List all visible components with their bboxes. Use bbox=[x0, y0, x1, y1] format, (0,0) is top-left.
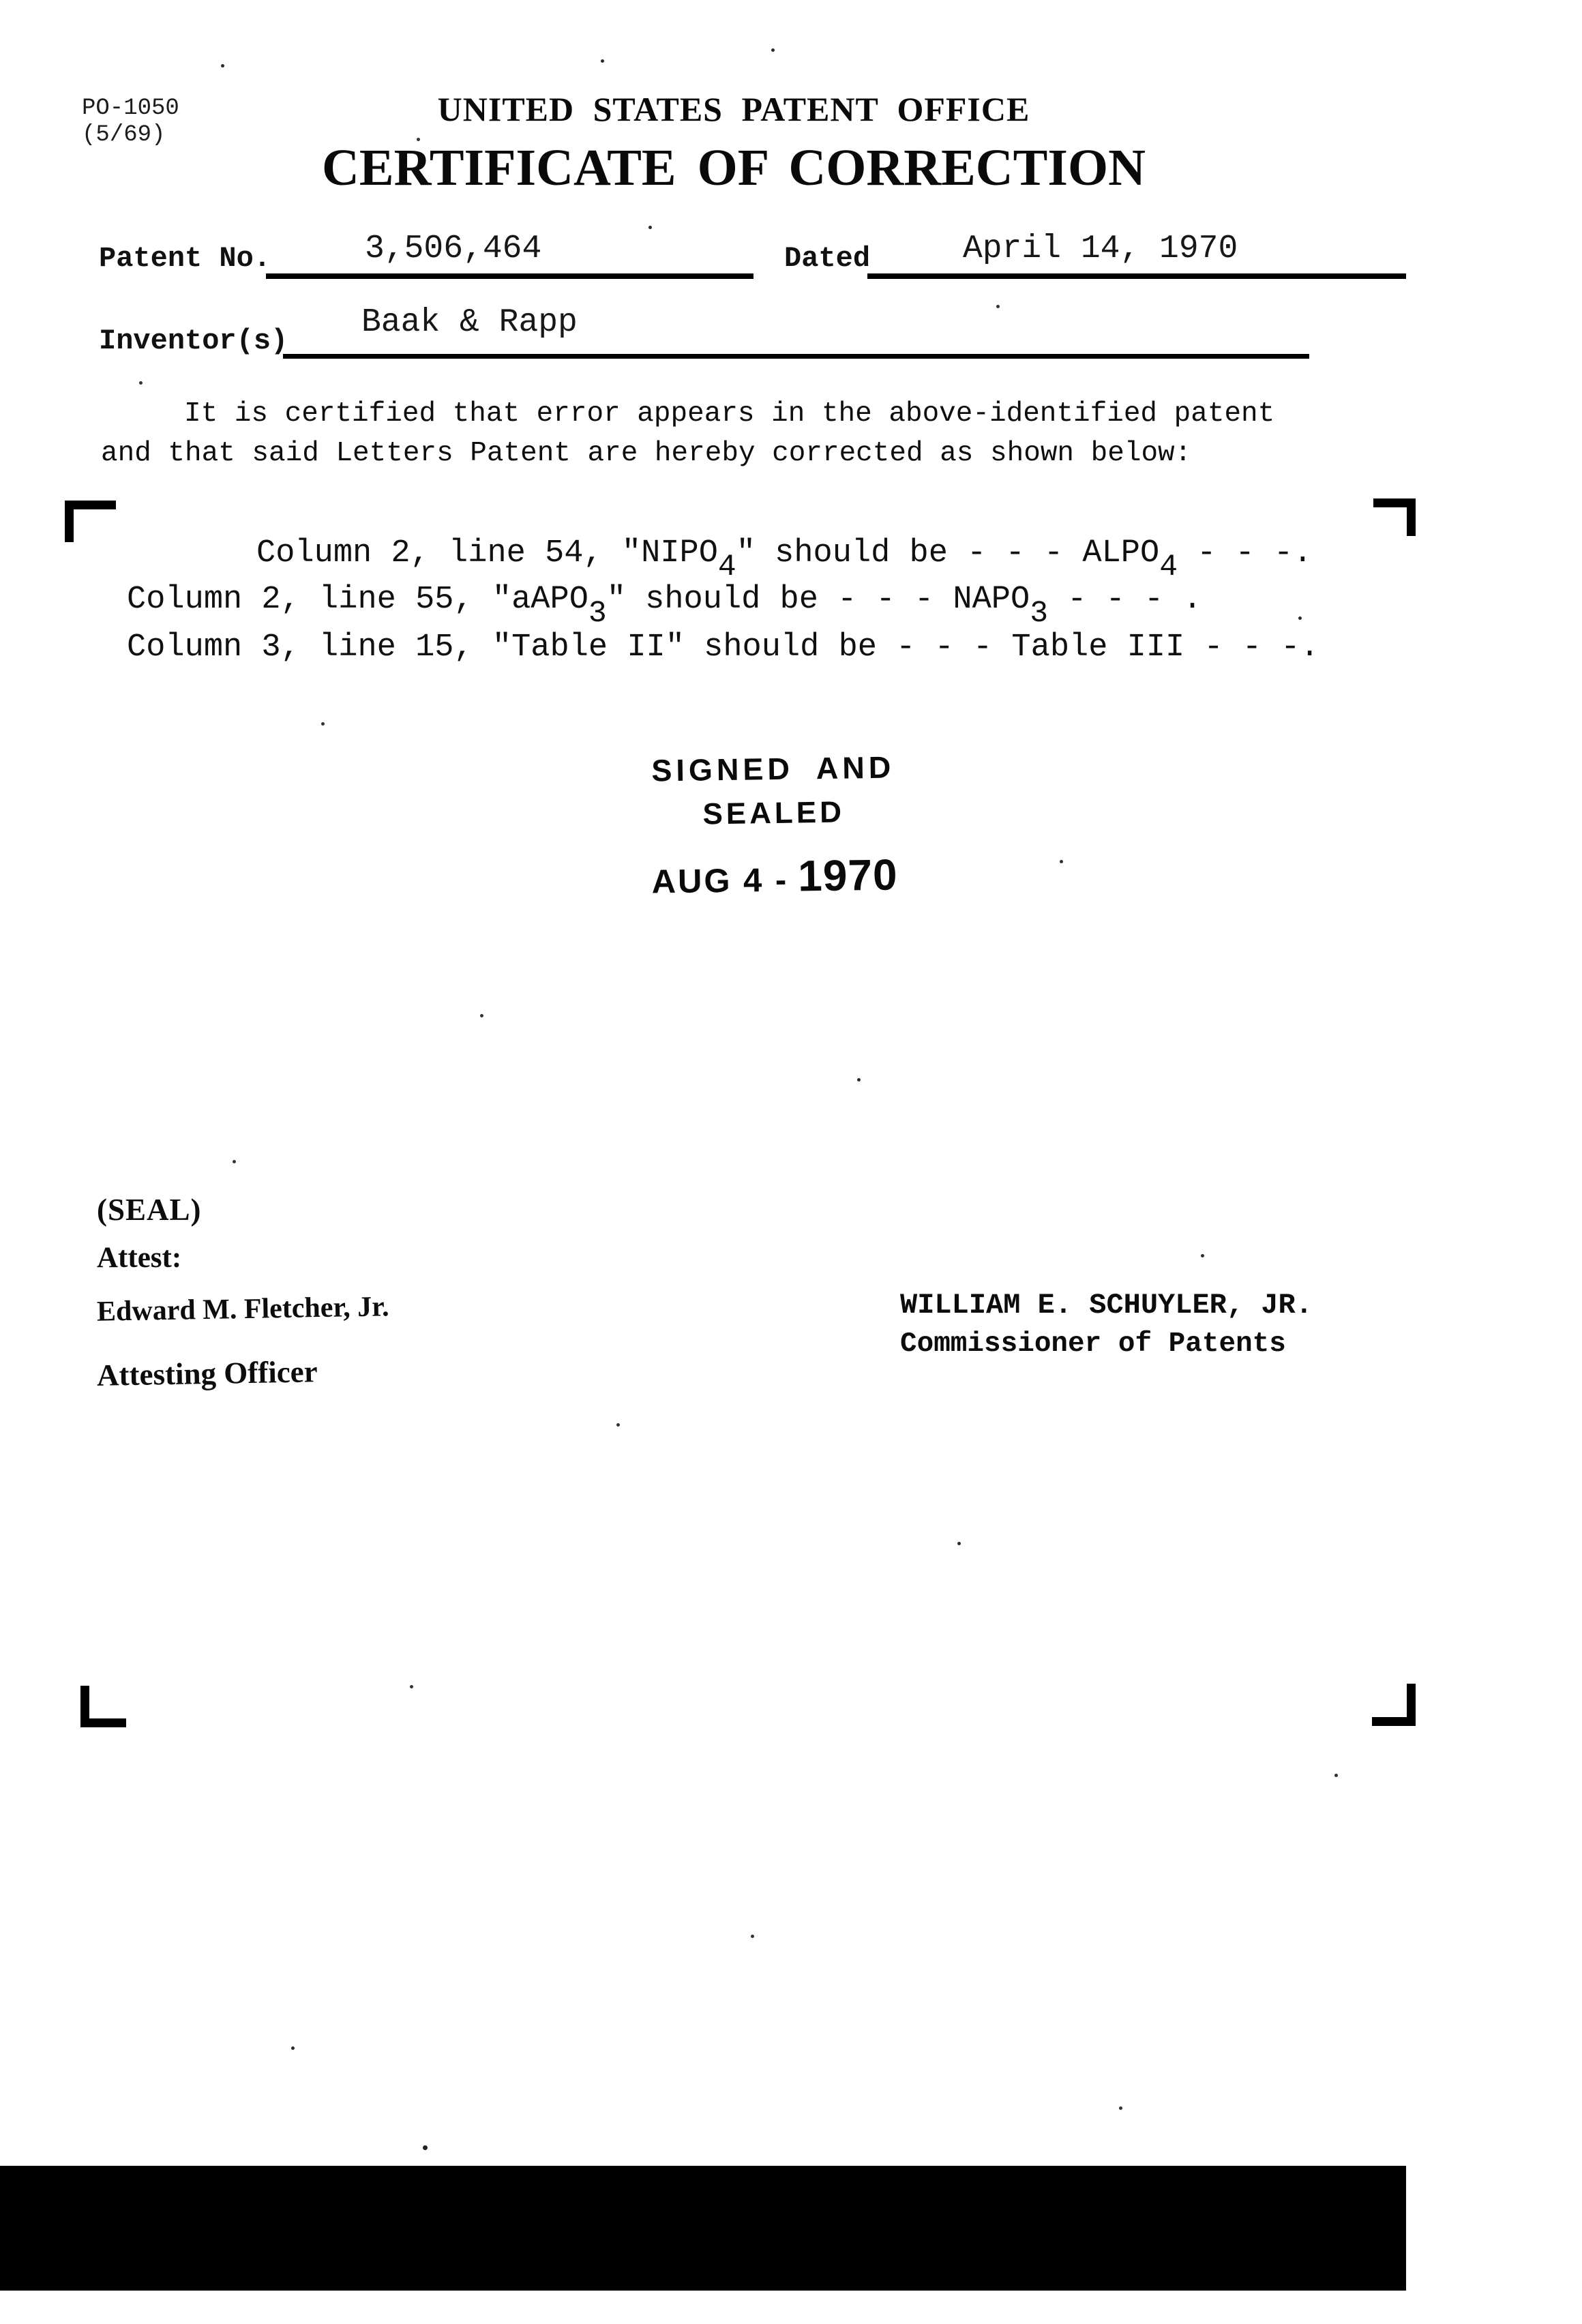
correction-2-subscript-2: 3 bbox=[1030, 597, 1048, 631]
patent-no-underline bbox=[266, 273, 753, 279]
correction-1-mid: " should be - - - ALPO bbox=[736, 535, 1160, 571]
scan-noise bbox=[0, 0, 2, 2]
correction-line-3: Column 3, line 15, "Table II" should be … bbox=[127, 631, 1319, 664]
certificate-title: CERTIFICATE OF CORRECTION bbox=[273, 138, 1195, 198]
patent-no-label: Patent No. bbox=[99, 242, 271, 275]
commissioner-name: WILLIAM E. SCHUYLER, JR. bbox=[900, 1289, 1313, 1322]
correction-2-subscript-1: 3 bbox=[588, 597, 607, 631]
stamp-signed-and: SIGNED AND bbox=[646, 749, 899, 788]
attest-label: Attest: bbox=[97, 1241, 181, 1275]
bottom-black-bar bbox=[0, 2166, 1406, 2291]
commissioner-title: Commissioner of Patents bbox=[900, 1328, 1286, 1360]
office-title: UNITED STATES PATENT OFFICE bbox=[273, 89, 1195, 129]
stamp-date-year: 1970 bbox=[798, 849, 898, 901]
seal-note: (SEAL) bbox=[97, 1192, 202, 1227]
correction-line-1: Column 2, line 54, "NIPO4" should be - -… bbox=[256, 537, 1312, 583]
corner-bracket-bottom-left bbox=[80, 1686, 126, 1727]
correction-line-2: Column 2, line 55, "aAPO3" should be - -… bbox=[127, 584, 1202, 629]
dated-label: Dated bbox=[784, 242, 870, 275]
correction-2-pre: Column 2, line 55, "aAPO bbox=[127, 582, 588, 618]
correction-2-post: - - - . bbox=[1048, 582, 1202, 618]
form-number: PO-1050 bbox=[82, 95, 179, 122]
correction-1-post: - - -. bbox=[1178, 535, 1312, 571]
dated-underline bbox=[867, 273, 1406, 279]
form-revision: (5/69) bbox=[82, 122, 179, 149]
stamp-date: AUG 4 - 1970 bbox=[648, 849, 901, 903]
dated-value: April 14, 1970 bbox=[963, 230, 1238, 267]
inventors-value: Baak & Rapp bbox=[361, 304, 578, 341]
corner-bracket-bottom-right bbox=[1372, 1684, 1416, 1726]
attesting-officer-title: Attesting Officer bbox=[97, 1354, 318, 1393]
inventors-underline bbox=[283, 354, 1309, 359]
patent-no-value: 3,506,464 bbox=[365, 230, 541, 267]
certificate-of-correction-page: PO-1050 (5/69) UNITED STATES PATENT OFFI… bbox=[0, 0, 1582, 2324]
correction-1-subscript-1: 4 bbox=[718, 550, 736, 584]
form-number-block: PO-1050 (5/69) bbox=[82, 95, 179, 149]
inventors-label: Inventor(s) bbox=[99, 325, 288, 357]
certification-line-2: and that said Letters Patent are hereby … bbox=[101, 438, 1191, 469]
attesting-officer-name: Edward M. Fletcher, Jr. bbox=[97, 1290, 389, 1328]
correction-1-pre: Column 2, line 54, "NIPO bbox=[256, 535, 718, 571]
correction-1-subscript-2: 4 bbox=[1159, 550, 1178, 584]
stamp-sealed: SEALED bbox=[647, 794, 900, 832]
stamp-date-prefix: AUG 4 - bbox=[651, 861, 788, 902]
corner-bracket-top-left bbox=[65, 501, 116, 542]
signed-sealed-stamp: SIGNED AND SEALED AUG 4 - 1970 bbox=[646, 749, 901, 903]
correction-2-mid: " should be - - - NAPO bbox=[607, 582, 1030, 618]
corner-bracket-top-right bbox=[1373, 498, 1416, 536]
certification-line-1: It is certified that error appears in th… bbox=[184, 398, 1274, 430]
